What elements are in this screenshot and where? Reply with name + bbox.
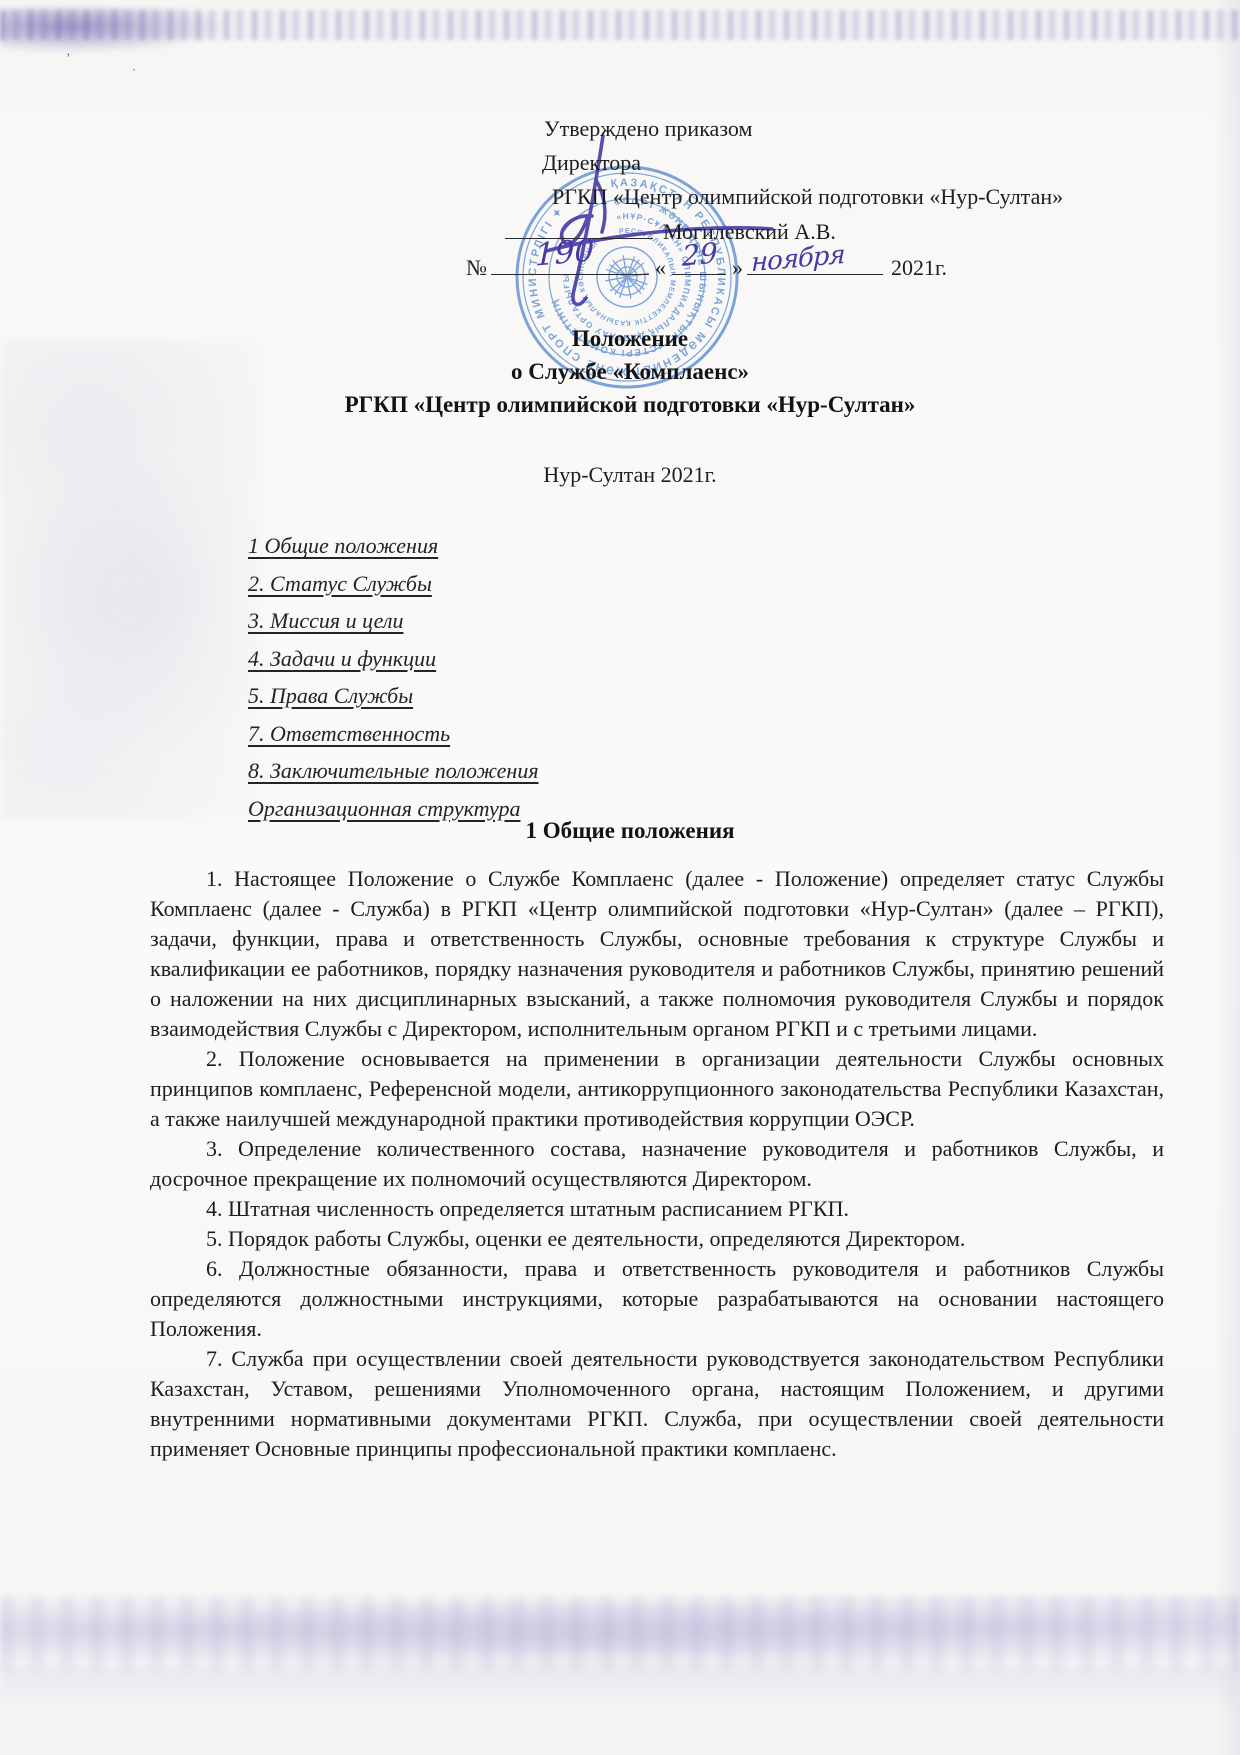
section-heading: 1 Общие положения xyxy=(110,818,1150,844)
paragraph: 5. Порядок работы Службы, оценки ее деят… xyxy=(150,1224,1164,1254)
quote-close: » xyxy=(732,255,743,280)
handwritten-month: ноября xyxy=(751,238,845,280)
toc-item-label: 4. Задачи и функции xyxy=(248,646,436,671)
title-line-1: Положение xyxy=(110,322,1150,355)
approval-number-line: №190«29»ноября2021г. xyxy=(466,250,947,285)
paragraph: 2. Положение основывается на применении … xyxy=(150,1044,1164,1134)
table-of-contents: 1 Общие положения 2. Статус Службы 3. Ми… xyxy=(248,527,539,827)
toc-item-label: 7. Ответственность xyxy=(248,721,450,746)
scan-edge-right xyxy=(1214,0,1240,1755)
title-line-2: о Службе «Комплаенс» xyxy=(110,355,1150,388)
approval-line-2: Директора xyxy=(542,146,641,180)
scan-bleed-top-left xyxy=(0,8,230,54)
toc-item: 4. Задачи и функции xyxy=(248,640,539,678)
number-blank-line: 190 xyxy=(491,250,649,275)
month-blank-line: ноября xyxy=(747,250,883,275)
scan-bleed-bottom-fade xyxy=(0,1668,1240,1714)
document-page: ’ · ҚАЗАҚСТАН РЕСПУБЛИКАСЫ МӘДЕНИЕТ ЖӘНЕ… xyxy=(0,0,1240,1755)
place-year: Нур-Султан 2021г. xyxy=(110,462,1150,488)
toc-item: 3. Миссия и цели xyxy=(248,602,539,640)
toc-item-label: 3. Миссия и цели xyxy=(248,608,403,633)
pen-speck: · xyxy=(132,62,136,78)
toc-item: 8. Заключительные положения xyxy=(248,752,539,790)
section-body: 1. Настоящее Положение о Службе Комплаен… xyxy=(150,864,1164,1464)
paragraph: 7. Служба при осуществлении своей деятел… xyxy=(150,1344,1164,1464)
paragraph: 1. Настоящее Положение о Службе Комплаен… xyxy=(150,864,1164,1044)
toc-item-label: 5. Права Службы xyxy=(248,683,413,708)
toc-item: 1 Общие положения xyxy=(248,527,539,565)
toc-item: 7. Ответственность xyxy=(248,715,539,753)
quote-open: « xyxy=(655,255,666,280)
handwritten-day: 29 xyxy=(682,236,718,273)
scan-bleed-bottom-band xyxy=(0,1596,1240,1670)
approval-line-1: Утверждено приказом xyxy=(544,112,752,146)
pen-speck: ’ xyxy=(66,50,70,66)
paragraph: 4. Штатная численность определяется штат… xyxy=(150,1194,1164,1224)
approval-line-3: РГКП «Центр олимпийской подготовки «Нур-… xyxy=(552,180,1063,214)
year-suffix: 2021г. xyxy=(891,255,947,280)
toc-item-label: 2. Статус Службы xyxy=(248,571,432,596)
toc-item-label: 1 Общие положения xyxy=(248,533,438,558)
document-title: Положение о Службе «Комплаенс» РГКП «Цен… xyxy=(110,322,1150,421)
number-sign: № xyxy=(466,255,487,280)
paragraph: 6. Должностные обязанности, права и отве… xyxy=(150,1254,1164,1344)
day-blank-line: 29 xyxy=(672,250,726,275)
toc-item-label: 8. Заключительные положения xyxy=(248,758,539,783)
title-line-3: РГКП «Центр олимпийской подготовки «Нур-… xyxy=(110,388,1150,421)
toc-item-label: Организационная структура xyxy=(248,796,520,821)
toc-item: 2. Статус Службы xyxy=(248,565,539,603)
toc-item: 5. Права Службы xyxy=(248,677,539,715)
handwritten-order-number: 190 xyxy=(535,233,595,272)
paragraph: 3. Определение количественного состава, … xyxy=(150,1134,1164,1194)
